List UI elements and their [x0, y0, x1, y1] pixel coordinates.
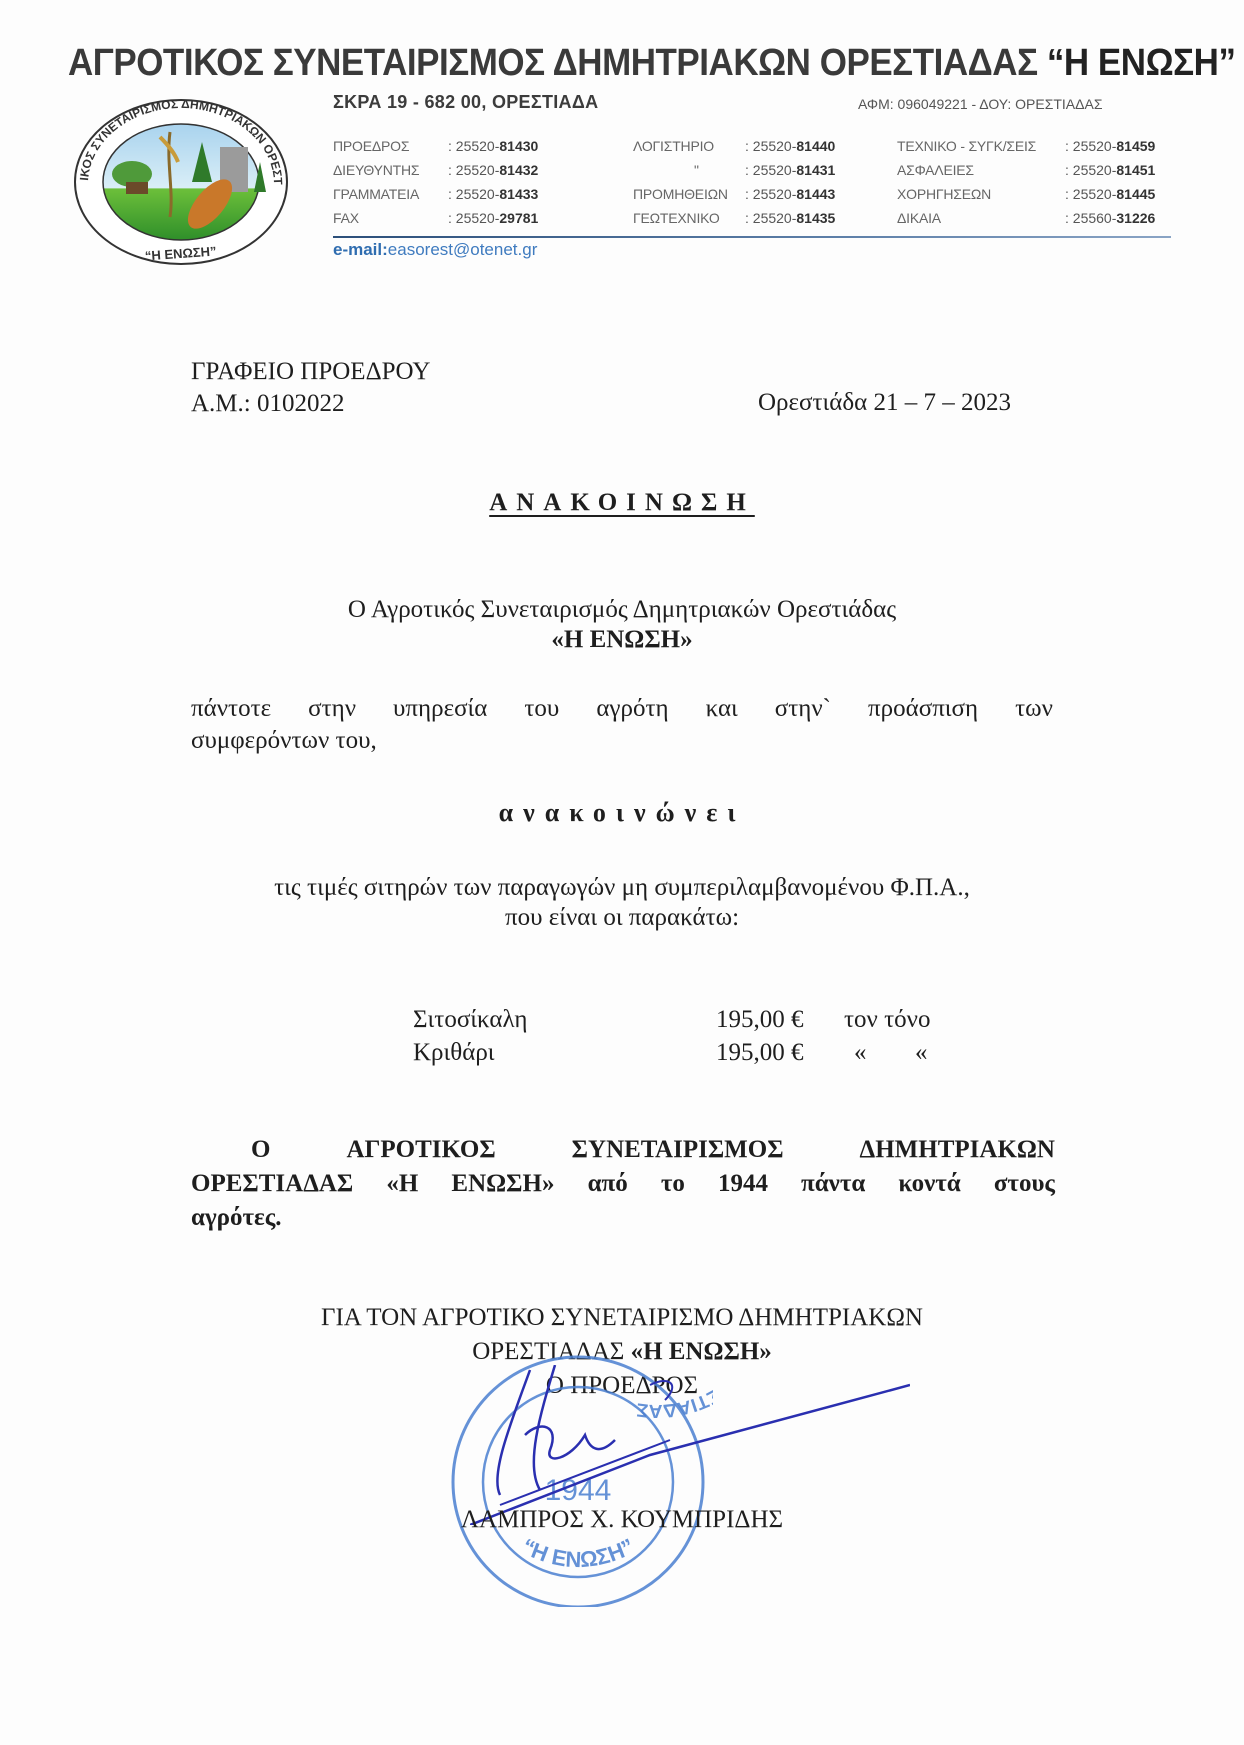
price-row: Κριθάρι 195,00 € « « [413, 1036, 930, 1069]
word: ΣΥΝΕΤΑΙΡΙΣΜΟΣ [572, 1133, 784, 1167]
contact-label: ΓΕΩΤΕΧΝΙΚΟ [633, 206, 745, 230]
word: προάσπιση [868, 693, 978, 725]
contact-number: 81432 [499, 162, 538, 178]
word: στους [994, 1167, 1055, 1201]
announces-verb: ανακοινώνει [0, 798, 1244, 828]
word: πάντα [801, 1167, 865, 1201]
contact-row: ΔΙΕΥΘΥΝΤΗΣ: 25520-81432 [333, 158, 538, 182]
contact-label: ΑΣΦΑΛΕΙΕΣ [897, 158, 1065, 182]
contact-prefix: : 25520- [448, 210, 499, 226]
contact-row: ΓΡΑΜΜΑΤΕΙΑ: 25520-81433 [333, 182, 538, 206]
paragraph-line-2: συμφερόντων του, [191, 725, 1053, 757]
intro-paragraph: πάντοτεστηνυπηρεσίατουαγρότηκαιστην`προά… [191, 693, 1053, 757]
organization-title: ΑΓΡΟΤΙΚΟΣ ΣΥΝΕΤΑΙΡΙΣΜΟΣ ΔΗΜΗΤΡΙΑΚΩΝ ΟΡΕΣ… [68, 42, 1098, 85]
contact-label: ΔΙΚΑΙΑ [897, 206, 1065, 230]
word: πάντοτε [191, 693, 271, 725]
email-label: e-mail: [333, 240, 388, 259]
contact-row: ΠΡΟΜΗΘΕΙΩΝ: 25520-81443 [633, 182, 835, 206]
contact-row: ΤΕΧΝΙΚΟ - ΣΥΓΚ/ΣΕΙΣ: 25520-81459 [897, 134, 1155, 158]
intro-name: «Η ΕΝΩΣΗ» [0, 625, 1244, 655]
contact-number: 81440 [796, 138, 835, 154]
president-name: ΛΑΜΠΡΟΣ Χ. ΚΟΥΜΠΡΙΔΗΣ [0, 1503, 1244, 1537]
closing-statement: ΟΑΓΡΟΤΙΚΟΣΣΥΝΕΤΑΙΡΙΣΜΟΣΔΗΜΗΤΡΙΑΚΩΝ ΟΡΕΣΤ… [191, 1133, 1055, 1235]
contact-row: ΧΟΡΗΓΗΣΕΩΝ: 25520-81445 [897, 182, 1155, 206]
contacts-column-1: ΠΡΟΕΔΡΟΣ: 25520-81430 ΔΙΕΥΘΥΝΤΗΣ: 25520-… [333, 134, 538, 230]
contact-label: ΛΟΓΙΣΤΗΡΙΟ [633, 134, 745, 158]
contact-number: 81459 [1116, 138, 1155, 154]
word: ΑΓΡΟΤΙΚΟΣ [346, 1133, 495, 1167]
word: του [524, 693, 559, 725]
contact-label: ΠΡΟΜΗΘΕΙΩΝ [633, 182, 745, 206]
contact-number: 81445 [1116, 186, 1155, 202]
contact-prefix: : 25520- [745, 210, 796, 226]
contact-prefix: : 25520- [1065, 162, 1116, 178]
signature-for-line: ΓΙΑ ΤΟΝ ΑΓΡΟΤΙΚΟ ΣΥΝΕΤΑΙΡΙΣΜΟ ΔΗΜΗΤΡΙΑΚΩ… [0, 1301, 1244, 1335]
contact-prefix: : 25520- [745, 138, 796, 154]
intro-line: Ο Αγροτικός Συνεταιρισμός Δημητριακών Ορ… [0, 595, 1244, 625]
contact-prefix: : 25520- [745, 162, 796, 178]
contact-number: 31226 [1116, 210, 1155, 226]
word: το [661, 1167, 685, 1201]
prices-intro: τις τιμές σιτηρών των παραγωγών μη συμπε… [0, 873, 1244, 933]
price-row: Σιτοσίκαλη 195,00 € τον τόνο [413, 1003, 930, 1036]
contact-row: ": 25520-81431 [633, 158, 835, 182]
document-date: Ορεστιάδα 21 – 7 – 2023 [758, 389, 1011, 417]
contact-row: FAX: 25520-29781 [333, 206, 538, 230]
price-unit: τον τόνο [844, 1003, 930, 1036]
organization-name: ΑΓΡΟΤΙΚΟΣ ΣΥΝΕΤΑΙΡΙΣΜΟΣ ΔΗΜΗΤΡΙΑΚΩΝ ΟΡΕΣ… [68, 42, 1038, 84]
closing-line-1: ΟΑΓΡΟΤΙΚΟΣΣΥΝΕΤΑΙΡΙΣΜΟΣΔΗΜΗΤΡΙΑΚΩΝ [191, 1133, 1055, 1167]
tax-info: ΑΦΜ: 096049221 - ΔΟΥ: ΟΡΕΣΤΙΑΔΑΣ [858, 96, 1102, 112]
email-link[interactable]: easorest@otenet.gr [388, 240, 538, 259]
contact-row: ΑΣΦΑΛΕΙΕΣ: 25520-81451 [897, 158, 1155, 182]
word: αγρότη [596, 693, 668, 725]
contact-number: 81431 [796, 162, 835, 178]
word: υπηρεσία [393, 693, 487, 725]
closing-line-3: αγρότες. [191, 1201, 1055, 1235]
product-price: 195,00 € [716, 1036, 844, 1069]
office-block: ΓΡΑΦΕΙΟ ΠΡΟΕΔΡΟΥ Α.Μ.: 0102022 [191, 356, 430, 420]
contact-label: ΔΙΕΥΘΥΝΤΗΣ [333, 158, 448, 182]
contact-number: 81433 [499, 186, 538, 202]
word: ΕΝΩΣΗ» [451, 1167, 554, 1201]
contact-prefix: : 25520- [1065, 138, 1116, 154]
contacts-column-3: ΤΕΧΝΙΚΟ - ΣΥΓΚ/ΣΕΙΣ: 25520-81459 ΑΣΦΑΛΕΙ… [897, 134, 1155, 230]
contact-row: ΓΕΩΤΕΧΝΙΚΟ: 25520-81435 [633, 206, 835, 230]
word: στην` [775, 693, 831, 725]
contact-row: ΛΟΓΙΣΤΗΡΙΟ: 25520-81440 [633, 134, 835, 158]
office-name: ΓΡΑΦΕΙΟ ΠΡΟΕΔΡΟΥ [191, 356, 430, 388]
prices-intro-line-1: τις τιμές σιτηρών των παραγωγών μη συμπε… [0, 873, 1244, 903]
closing-line-2: ΟΡΕΣΤΙΑΔΑΣ«ΗΕΝΩΣΗ»απότο1944πάντακοντάστο… [191, 1167, 1055, 1201]
word: από [588, 1167, 628, 1201]
contact-prefix: : 25520- [745, 186, 796, 202]
word: 1944 [718, 1167, 768, 1201]
product-name: Σιτοσίκαλη [413, 1003, 716, 1036]
word: κοντά [898, 1167, 960, 1201]
contact-number: 81451 [1116, 162, 1155, 178]
word: και [706, 693, 738, 725]
reference-number: Α.Μ.: 0102022 [191, 388, 430, 420]
contact-number: 81430 [499, 138, 538, 154]
contact-number: 29781 [499, 210, 538, 226]
contact-label: ΤΕΧΝΙΚΟ - ΣΥΓΚ/ΣΕΙΣ [897, 134, 1065, 158]
email-line: e-mail:easorest@otenet.gr [333, 240, 537, 260]
contact-label: FAX [333, 206, 448, 230]
word: των [1015, 693, 1053, 725]
price-unit: « « [844, 1036, 928, 1069]
contacts-column-2: ΛΟΓΙΣΤΗΡΙΟ: 25520-81440 ": 25520-81431 Π… [633, 134, 835, 230]
intro-block: Ο Αγροτικός Συνεταιρισμός Δημητριακών Ορ… [0, 595, 1244, 655]
organization-address: ΣΚΡΑ 19 - 682 00, ΟΡΕΣΤΙΑΔΑ [333, 92, 598, 113]
contact-label: ΠΡΟΕΔΡΟΣ [333, 134, 448, 158]
contact-number: 81435 [796, 210, 835, 226]
contact-prefix: : 25520- [1065, 186, 1116, 202]
price-list: Σιτοσίκαλη 195,00 € τον τόνο Κριθάρι 195… [413, 1003, 930, 1069]
contact-row: ΔΙΚΑΙΑ: 25560-31226 [897, 206, 1155, 230]
contact-prefix: : 25560- [1065, 210, 1116, 226]
contact-number: 81443 [796, 186, 835, 202]
word: Ο [251, 1133, 270, 1167]
word: ΔΗΜΗΤΡΙΑΚΩΝ [860, 1133, 1055, 1167]
word: «Η [386, 1167, 418, 1201]
handwritten-signature-icon [470, 1365, 910, 1525]
contact-prefix: : 25520- [448, 162, 499, 178]
document-page: ΑΓΡΟΤΙΚΟΣ ΣΥΝΕΤΑΙΡΙΣΜΟΣ ΔΗΜΗΤΡΙΑΚΩΝ ΟΡΕΣ… [0, 0, 1244, 1745]
prices-intro-line-2: που είναι οι παρακάτω: [0, 903, 1244, 933]
paragraph-line-1: πάντοτεστηνυπηρεσίατουαγρότηκαιστην`προά… [191, 693, 1053, 725]
contact-row: ΠΡΟΕΔΡΟΣ: 25520-81430 [333, 134, 538, 158]
product-price: 195,00 € [716, 1003, 844, 1036]
word: ΟΡΕΣΤΙΑΔΑΣ [191, 1167, 353, 1201]
product-name: Κριθάρι [413, 1036, 716, 1069]
contact-label: " [633, 158, 745, 182]
contact-label: ΧΟΡΗΓΗΣΕΩΝ [897, 182, 1065, 206]
announcement-title: ΑΝΑΚΟΙΝΩΣΗ [0, 489, 1244, 517]
word: στην [308, 693, 356, 725]
organization-nickname: “Η ΕΝΩΣΗ” [1047, 42, 1236, 84]
announcement-title-text: ΑΝΑΚΟΙΝΩΣΗ [489, 489, 755, 516]
contact-prefix: : 25520- [448, 186, 499, 202]
cooperative-logo-emblem-icon: ΑΓΡΟΤΙΚΟΣ ΣΥΝΕΤΑΙΡΙΣΜΟΣ ΔΗΜΗΤΡΙΑΚΩΝ ΟΡΕΣ… [70, 92, 292, 267]
contact-prefix: : 25520- [448, 138, 499, 154]
contact-label: ΓΡΑΜΜΑΤΕΙΑ [333, 182, 448, 206]
letterhead-divider [333, 236, 1171, 238]
